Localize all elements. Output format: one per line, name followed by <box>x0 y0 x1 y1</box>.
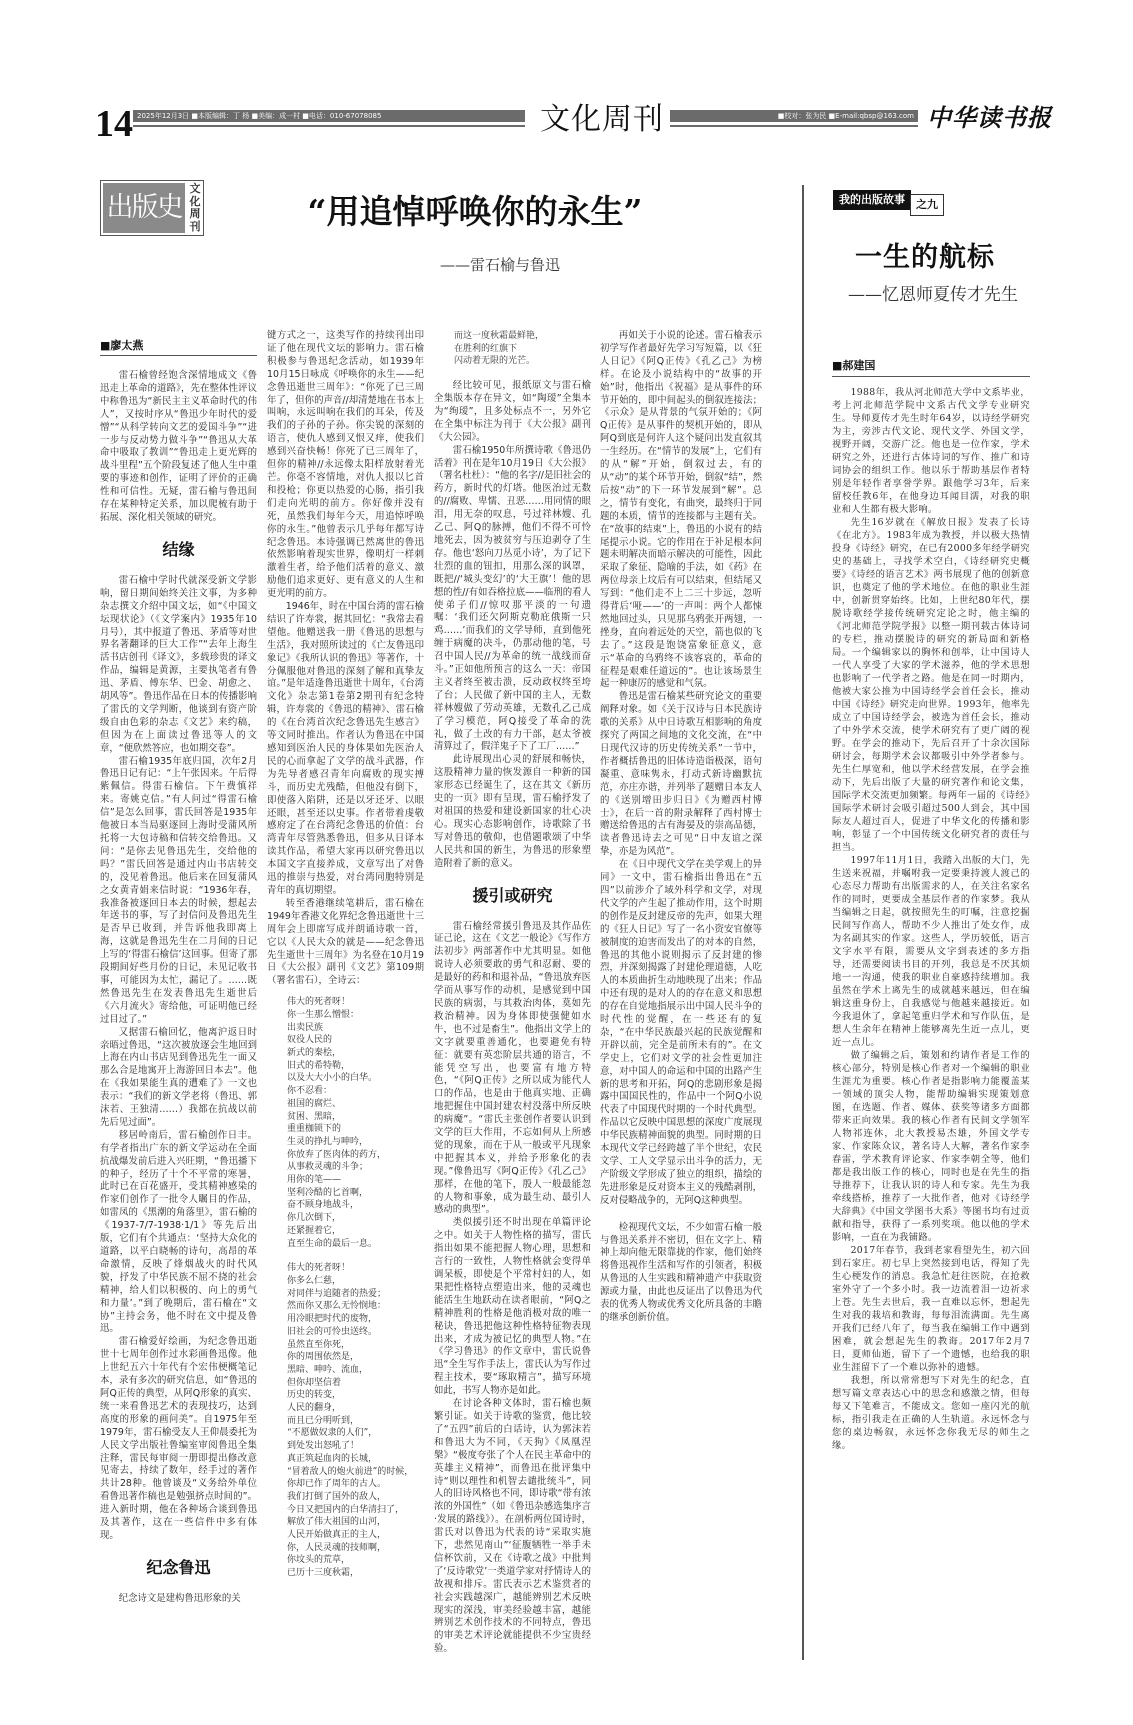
paragraph: 再如关于小说的论述。雷石榆表示初学写作者最好先学习写短篇，以《狂人日记》《阿Q正… <box>600 330 762 691</box>
poem-line: 贫困、黑暗， <box>267 1111 424 1124</box>
paragraph: 雷石榆爱好绘画，为纪念鲁迅逝世十七周年创作过水彩画鲁迅像。他上世纪五六十年代有个… <box>100 1336 257 1543</box>
paragraph: 经比较可见，报纸原文与雷石榆全集版本存在异文，如“陶瑷”全集本为“绚瑷”，且多处… <box>434 380 591 445</box>
poem-line: “不愿做奴隶的人们”， <box>267 1427 424 1440</box>
paragraph: 鲁迅是雷石榆某些研究论文的重要阐释对象。如《关于汉诗与日本民族诗歌的关系》从中日… <box>600 691 762 859</box>
paragraph: 雷石榆中学时代就深受新文学影响，留日期间始终关注文事，为多种杂志撰文介绍中国文坛… <box>100 575 257 756</box>
paragraph: 先生16岁就在《解放日报》发表了长诗《在北方》。1983年成为教授，并以极大热情… <box>832 516 1030 854</box>
column-logo-main: 出版史 <box>103 183 185 233</box>
poem-line: 还紧握着它， <box>267 1225 424 1238</box>
column-logo: 出版史 文化周刊 <box>100 180 204 236</box>
paragraph: 键方式之一，这类写作的持续刊出印证了他在现代文坛的影响力。雷石榆积极参与鲁迅纪念… <box>267 330 424 601</box>
poem-line: 已历十三度秋霜， <box>267 1567 424 1580</box>
poem-line: 直至生命的最后一息。 <box>267 1238 424 1251</box>
paragraph: 雷石榆曾经饱含深情地成文《鲁迅走上革命的道路》，先在整体性评议中称鲁迅为“新民主… <box>100 370 257 525</box>
main-byline: ■廖太燕 <box>100 338 143 354</box>
newspaper-logo: 中华读书报 <box>927 100 1052 136</box>
poem-line: 你多么仁慈， <box>267 1275 424 1288</box>
poem-line: 真正筑起血肉的长城， <box>267 1453 424 1466</box>
side-headline: 一生的航标 <box>855 240 995 276</box>
section-heading: 结缘 <box>100 539 257 561</box>
poem-line: 然而你又那么无怜悯地： <box>267 1300 424 1313</box>
article-column-2: 键方式之一，这类写作的持续刊出印证了他在现代文坛的影响力。雷石榆积极参与鲁迅纪念… <box>267 330 424 1580</box>
divider <box>100 355 257 356</box>
main-subheadline: ——雷石榆与鲁迅 <box>440 254 560 276</box>
poem-line: 出卖民族 <box>267 1022 424 1035</box>
paragraph: 类似援引还不时出现在单篇评论之中。如关于人物性格的描写，雷氏指出如果不能把握人物… <box>434 1217 591 1398</box>
paragraph: 移居岭南后，雷石榆创作日丰。有学者指出广东的新文学运动在全面抗战爆发前后进入兴旺… <box>100 1130 257 1337</box>
page-number: 14 <box>95 104 133 144</box>
poem-line: 你几次倒下， <box>267 1212 424 1225</box>
article-column-1: 雷石榆曾经饱含深情地成文《鲁迅走上革命的道路》，先在整体性评议中称鲁迅为“新民主… <box>100 370 257 1606</box>
paragraph: 雷石榆经常援引鲁迅及其作品佐证己论，这在《文艺一般论》《写作方法初步》两部著作中… <box>434 921 591 1218</box>
poem-line: 你放弃了医肉体的药方， <box>267 1149 424 1162</box>
divider <box>832 376 1030 377</box>
series-label: 我的出版故事 <box>833 190 911 210</box>
side-byline: ■郝建国 <box>832 358 875 374</box>
article-column-4: 再如关于小说的论述。雷石榆表示初学写作者最好先学习写短篇，以《狂人日记》《阿Q正… <box>600 330 762 1325</box>
side-subheadline: ——忆恩师夏传才先生 <box>848 283 1018 307</box>
poem-line: 对同伴与追随者的热爱； <box>267 1288 424 1301</box>
paragraph: 雷石榆1935年底归国，次年2月鲁迅日记有记：“上午张因来。午后得紫佩信。得雷石… <box>100 756 257 1027</box>
poem-line: 你却已作了周年的古人。 <box>267 1478 424 1491</box>
section-heading: 援引或研究 <box>434 885 591 907</box>
paragraph: 在《日中现代文学在美学观上的异同》一文中，雷石榆指出鲁迅在“五四”以前涉介了域外… <box>600 859 762 1207</box>
side-article-body: 1988年，我从河北师范大学中文系毕业，考上河北师范学院中文系古代文学专业研究生… <box>832 386 1030 1452</box>
poem-line: 但你却坚信着 <box>267 1377 424 1390</box>
paragraph: 此诗展现出心灵的舒展和畅快，这股精神力量的恢发源自一种新的国家形态已经诞生了，这… <box>434 754 591 870</box>
paragraph: 又据雷石榆回忆，他离沪返日时亲晤过鲁迅，“这次被放逐会生地回到上海在内山书店见到… <box>100 1027 257 1130</box>
series-tag: 我的出版故事之九 <box>833 190 944 212</box>
poem-line: 我们打倒了国外的敌人， <box>267 1491 424 1504</box>
poem-line: 旧社会的可怜虫送终。 <box>267 1326 424 1339</box>
poem-line: “冒着敌人的炮火前进”的时候， <box>267 1466 424 1479</box>
paragraph: 2017年春节，我到老家看望先生，初六回到石家庄。初七早上突然接到电话，得知了先… <box>832 1244 1030 1374</box>
poem-line: 你，人民灵魂的技师啊， <box>267 1542 424 1555</box>
divider <box>133 125 525 127</box>
poem-line: 闪动着无限的光芒。 <box>434 355 591 368</box>
poem-line: 祖国的腐烂、 <box>267 1098 424 1111</box>
column-divider <box>802 185 804 1660</box>
poem-line: 生灵的挣扎与呻吟， <box>267 1136 424 1149</box>
poem-line: 到处发出怒吼了！ <box>267 1440 424 1453</box>
poem-line: 坚利冷酷的匕首啊， <box>267 1187 424 1200</box>
main-headline: “用追悼呼唤你的永生” <box>255 190 695 234</box>
poem-line: 你一生那么憎恨： <box>267 1009 424 1022</box>
paragraph: 纪念诗文是建构鲁迅形象的关 <box>100 1593 257 1606</box>
poem-line: 黑暗、呻吟、流血， <box>267 1364 424 1377</box>
section-title: 文化周刊 <box>540 100 664 140</box>
paragraph: 1946年，时在中国台湾的雷石榆结识了许寿裳，据其回忆：“我常去看望他。他赠送我… <box>267 601 424 898</box>
poem-line: 奴役人民的 <box>267 1034 424 1047</box>
contact-info-bar: ■校对：张为民 ■E-mail:qbsp@163.com <box>670 110 918 122</box>
paragraph: 我想，所以常常想写下对先生的纪念，直想写篇文章表达心中的思念和感激之情，但每每又… <box>832 1374 1030 1452</box>
poem-line: 以及大大小小的白华。 <box>267 1072 424 1085</box>
paragraph: 转至香港继续笔耕后，雷石榆在1949年香港文化界纪念鲁迅逝世十三周年会上即席写成… <box>267 898 424 988</box>
poem-line: 奋不顾身地战斗， <box>267 1199 424 1212</box>
section-heading: 纪念鲁迅 <box>100 1557 257 1579</box>
poem-line: 从事救灵魂的斗争； <box>267 1161 424 1174</box>
poem-line: 伟大的死者呀！ <box>267 1262 424 1275</box>
poem-line: 你不忍看： <box>267 1085 424 1098</box>
paragraph: 做了编辑之后，策划和约请作者是工作的核心部分，特别是核心作者对一个编辑的职业生涯… <box>832 1049 1030 1244</box>
poem-line: 人民开始做真正的主人， <box>267 1529 424 1542</box>
edition-info-bar: 2025年12月3日 ■本版编辑：丁 杨 ■美编：成一村 ■电话：010-670… <box>133 110 525 122</box>
poem-line: 伟大的死者呀！ <box>267 996 424 1009</box>
poem-line: 今日又把国内的白华清扫了， <box>267 1504 424 1517</box>
poem-line: 你坟头的荒草， <box>267 1554 424 1567</box>
poem-line: 旧式的希特勒， <box>267 1060 424 1073</box>
paragraph: 雷石榆1950年所撰诗歌《鲁迅仍活着》刊在是年10月19日《大公报》（署名杜杜）… <box>434 445 591 755</box>
poem-line: 而且已分明听到， <box>267 1415 424 1428</box>
poem-line: 重重枷锁下的 <box>267 1123 424 1136</box>
poem-line: 而这一度秋霜最鲜艳， <box>434 330 591 343</box>
masthead: 14 2025年12月3日 ■本版编辑：丁 杨 ■美编：成一村 ■电话：010-… <box>95 100 1055 150</box>
poem-line: 你的周围依然是， <box>267 1351 424 1364</box>
poem-line: 虽然直至你死， <box>267 1339 424 1352</box>
series-number: 之九 <box>910 194 944 216</box>
poem-line: 在胜利的红旗下 <box>434 343 591 356</box>
paragraph: 在讨论各种文体时，雷石榆也频繁引证。如关于诗歌的鉴赏，他比较了“五四”前后的白话… <box>434 1398 591 1656</box>
paragraph: 1997年11月1日，我踏入出版的大门，先生送来祝福，并嘱咐我一定要秉持渡人渡己… <box>832 854 1030 1049</box>
article-column-3: 而这一度秋霜最鲜艳， 在胜利的红旗下 闪动着无限的光芒。 经比较可见，报纸原文与… <box>434 330 591 1656</box>
paragraph: 1988年，我从河北师范大学中文系毕业，考上河北师范学院中文系古代文学专业研究生… <box>832 386 1030 516</box>
poem-line: 解放了伟大祖国的山河， <box>267 1516 424 1529</box>
poem-line: 用冷眼把时代的废物， <box>267 1313 424 1326</box>
poem-line: 用你的笔—— <box>267 1174 424 1187</box>
poem-line: 人民的翻身， <box>267 1402 424 1415</box>
column-logo-side: 文化周刊 <box>188 183 202 233</box>
paragraph: 检视现代文坛，不少如雷石榆一般与鲁迅关系并不密切，但在文字上、精神上却向他无限靠… <box>600 1222 762 1325</box>
divider <box>670 125 918 127</box>
poem-line: 新式的秦桧， <box>267 1047 424 1060</box>
poem-line: 历史的转变， <box>267 1389 424 1402</box>
